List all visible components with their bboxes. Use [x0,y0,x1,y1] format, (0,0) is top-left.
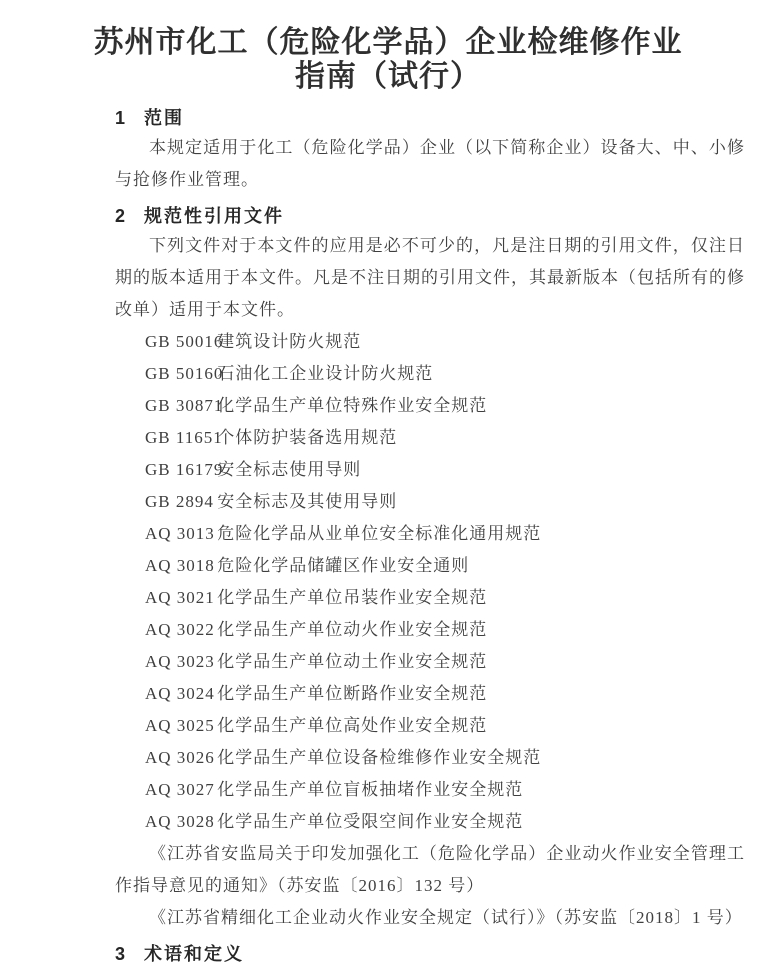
standard-name: 化学品生产单位受限空间作业安全规范 [217,812,523,831]
section-heading-scope: 1 范围 [115,107,745,129]
section-number-references: 2 [115,206,125,226]
standard-code: GB 16179 [145,454,212,486]
document-page: 苏州市化工（危险化学品）企业检维修作业 指南（试行） 1 范围 本规定适用于化工… [0,0,776,976]
standard-item: AQ 3025 化学品生产单位高处作业安全规范 [145,710,745,742]
section-number-scope: 1 [115,108,125,128]
standard-item: AQ 3028 化学品生产单位受限空间作业安全规范 [145,806,745,838]
standard-code: GB 2894 [145,486,212,518]
standard-name: 化学品生产单位断路作业安全规范 [217,684,487,703]
standard-code: AQ 3025 [145,710,212,742]
section-title-scope: 范围 [144,108,184,128]
standard-item: GB 2894 安全标志及其使用导则 [145,486,745,518]
document-content: 1 范围 本规定适用于化工（危险化学品）企业（以下简称企业）设备大、中、小修与抢… [115,107,745,965]
notice-paragraph-2016: 《江苏省安监局关于印发加强化工（危险化学品）企业动火作业安全管理工作指导意见的通… [115,838,745,902]
section-number-terms: 3 [115,944,125,964]
notice-paragraph-2018: 《江苏省精细化工企业动火作业安全规定（试行）》（苏安监〔2018〕1 号） [115,902,745,934]
standard-item: GB 50160 石油化工企业设计防火规范 [145,358,745,390]
standard-item: AQ 3026 化学品生产单位设备检维修作业安全规范 [145,742,745,774]
standard-name: 化学品生产单位吊装作业安全规范 [217,588,487,607]
standard-name: 危险化学品储罐区作业安全通则 [217,556,469,575]
standard-name: 个体防护装备选用规范 [217,428,397,447]
standard-code: AQ 3022 [145,614,212,646]
standard-item: AQ 3021 化学品生产单位吊装作业安全规范 [145,582,745,614]
standard-item: GB 30871 化学品生产单位特殊作业安全规范 [145,390,745,422]
standard-item: AQ 3027 化学品生产单位盲板抽堵作业安全规范 [145,774,745,806]
standard-name: 化学品生产单位盲板抽堵作业安全规范 [217,780,523,799]
standard-name: 化学品生产单位动火作业安全规范 [217,620,487,639]
standard-item: AQ 3024 化学品生产单位断路作业安全规范 [145,678,745,710]
standard-code: AQ 3013 [145,518,212,550]
standard-code: AQ 3028 [145,806,212,838]
scope-paragraph: 本规定适用于化工（危险化学品）企业（以下简称企业）设备大、中、小修与抢修作业管理… [115,132,745,196]
standard-code: AQ 3023 [145,646,212,678]
standard-code: AQ 3021 [145,582,212,614]
standard-name: 石油化工企业设计防火规范 [217,364,433,383]
standard-code: GB 50016 [145,326,212,358]
standard-code: GB 30871 [145,390,212,422]
section-heading-terms: 3 术语和定义 [115,943,745,965]
standard-item: AQ 3023 化学品生产单位动土作业安全规范 [145,646,745,678]
section-title-terms: 术语和定义 [144,944,244,964]
standards-list: GB 50016 建筑设计防火规范 GB 50160 石油化工企业设计防火规范 … [115,326,745,838]
standard-name: 建筑设计防火规范 [217,332,361,351]
standard-item: GB 11651 个体防护装备选用规范 [145,422,745,454]
document-title-line1: 苏州市化工（危险化学品）企业检维修作业 [0,26,776,60]
standard-code: GB 11651 [145,422,212,454]
standard-item: AQ 3013 危险化学品从业单位安全标准化通用规范 [145,518,745,550]
standard-item: GB 16179 安全标志使用导则 [145,454,745,486]
standard-name: 安全标志使用导则 [217,460,361,479]
standard-name: 化学品生产单位设备检维修作业安全规范 [217,748,541,767]
standard-name: 危险化学品从业单位安全标准化通用规范 [217,524,541,543]
document-title: 苏州市化工（危险化学品）企业检维修作业 指南（试行） [0,26,776,94]
standard-code: GB 50160 [145,358,212,390]
section-heading-references: 2 规范性引用文件 [115,205,745,227]
standard-code: AQ 3018 [145,550,212,582]
standard-name: 化学品生产单位动土作业安全规范 [217,652,487,671]
standard-item: AQ 3022 化学品生产单位动火作业安全规范 [145,614,745,646]
section-title-references: 规范性引用文件 [144,206,284,226]
standard-item: GB 50016 建筑设计防火规范 [145,326,745,358]
references-intro-paragraph: 下列文件对于本文件的应用是必不可少的，凡是注日期的引用文件，仅注日期的版本适用于… [115,230,745,326]
standard-name: 安全标志及其使用导则 [217,492,397,511]
document-title-line2: 指南（试行） [0,60,776,94]
standard-code: AQ 3024 [145,678,212,710]
standard-code: AQ 3026 [145,742,212,774]
standard-item: AQ 3018 危险化学品储罐区作业安全通则 [145,550,745,582]
standard-name: 化学品生产单位高处作业安全规范 [217,716,487,735]
standard-name: 化学品生产单位特殊作业安全规范 [217,396,487,415]
standard-code: AQ 3027 [145,774,212,806]
